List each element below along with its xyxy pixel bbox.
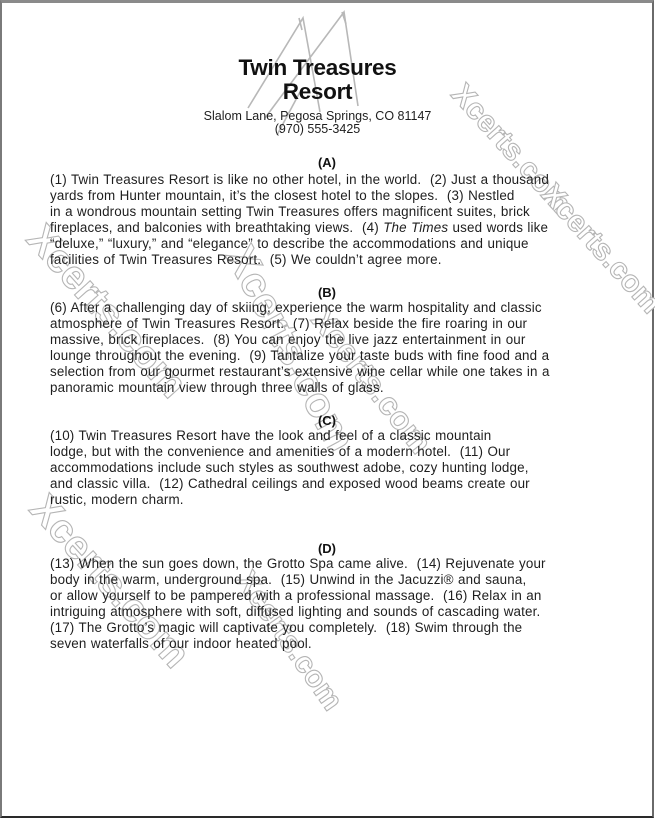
paragraph-d: (13) When the sun goes down, the Grotto … — [50, 556, 610, 652]
paragraph-line: body in the warm, underground spa. (15) … — [50, 572, 610, 588]
paragraph-line: (13) When the sun goes down, the Grotto … — [50, 556, 610, 572]
paragraph-line: fireplaces, and balconies with breathtak… — [50, 220, 610, 236]
paragraph-line: yards from Hunter mountain, it’s the clo… — [50, 188, 610, 204]
document-title-line2: Resort — [0, 79, 635, 104]
paragraph-line: facilities of Twin Treasures Resort. (5)… — [50, 252, 610, 268]
paragraph-line: lodge, but with the convenience and amen… — [50, 444, 610, 460]
document-title: Twin Treasures — [0, 55, 635, 80]
publication-name: The Times — [383, 220, 448, 235]
paragraph-line: seven waterfalls of our indoor heated po… — [50, 636, 610, 652]
paragraph-line: atmosphere of Twin Treasures Resort. (7)… — [50, 316, 610, 332]
paragraph-line-text: used words like — [448, 220, 548, 235]
address: Slalom Lane, Pegosa Springs, CO 81147 — [0, 109, 635, 123]
paragraph-line: panoramic mountain view through three wa… — [50, 380, 610, 396]
paragraph-line: “deluxe,” “luxury,” and “elegance” to de… — [50, 236, 610, 252]
paragraph-line: in a wondrous mountain setting Twin Trea… — [50, 204, 610, 220]
phone-number: (970) 555-3425 — [0, 122, 635, 136]
paragraph-line: or allow yourself to be pampered with a … — [50, 588, 610, 604]
paragraph-line: selection from our gourmet restaurant’s … — [50, 364, 610, 380]
paragraph-line: intriguing atmosphere with soft, diffuse… — [50, 604, 610, 620]
paragraph-line: massive, brick fireplaces. (8) You can e… — [50, 332, 610, 348]
paragraph-b: (6) After a challenging day of skiing, e… — [50, 300, 610, 396]
paragraph-a: (1) Twin Treasures Resort is like no oth… — [50, 172, 610, 268]
paragraph-c: (10) Twin Treasures Resort have the look… — [50, 428, 610, 508]
section-label-d: (D) — [0, 541, 654, 556]
section-label-b: (B) — [0, 285, 654, 300]
paragraph-line: (17) The Grotto’s magic will captivate y… — [50, 620, 610, 636]
section-label-a: (A) — [0, 155, 654, 170]
paragraph-line: (6) After a challenging day of skiing, e… — [50, 300, 610, 316]
section-label-c: (C) — [0, 413, 654, 428]
paragraph-line: (10) Twin Treasures Resort have the look… — [50, 428, 610, 444]
paragraph-line-text: fireplaces, and balconies with breathtak… — [50, 220, 383, 235]
paragraph-line: lounge throughout the evening. (9) Tanta… — [50, 348, 610, 364]
paragraph-line: (1) Twin Treasures Resort is like no oth… — [50, 172, 610, 188]
paragraph-line: and classic villa. (12) Cathedral ceilin… — [50, 476, 610, 492]
paragraph-line: accommodations include such styles as so… — [50, 460, 610, 476]
paragraph-line: rustic, modern charm. — [50, 492, 610, 508]
